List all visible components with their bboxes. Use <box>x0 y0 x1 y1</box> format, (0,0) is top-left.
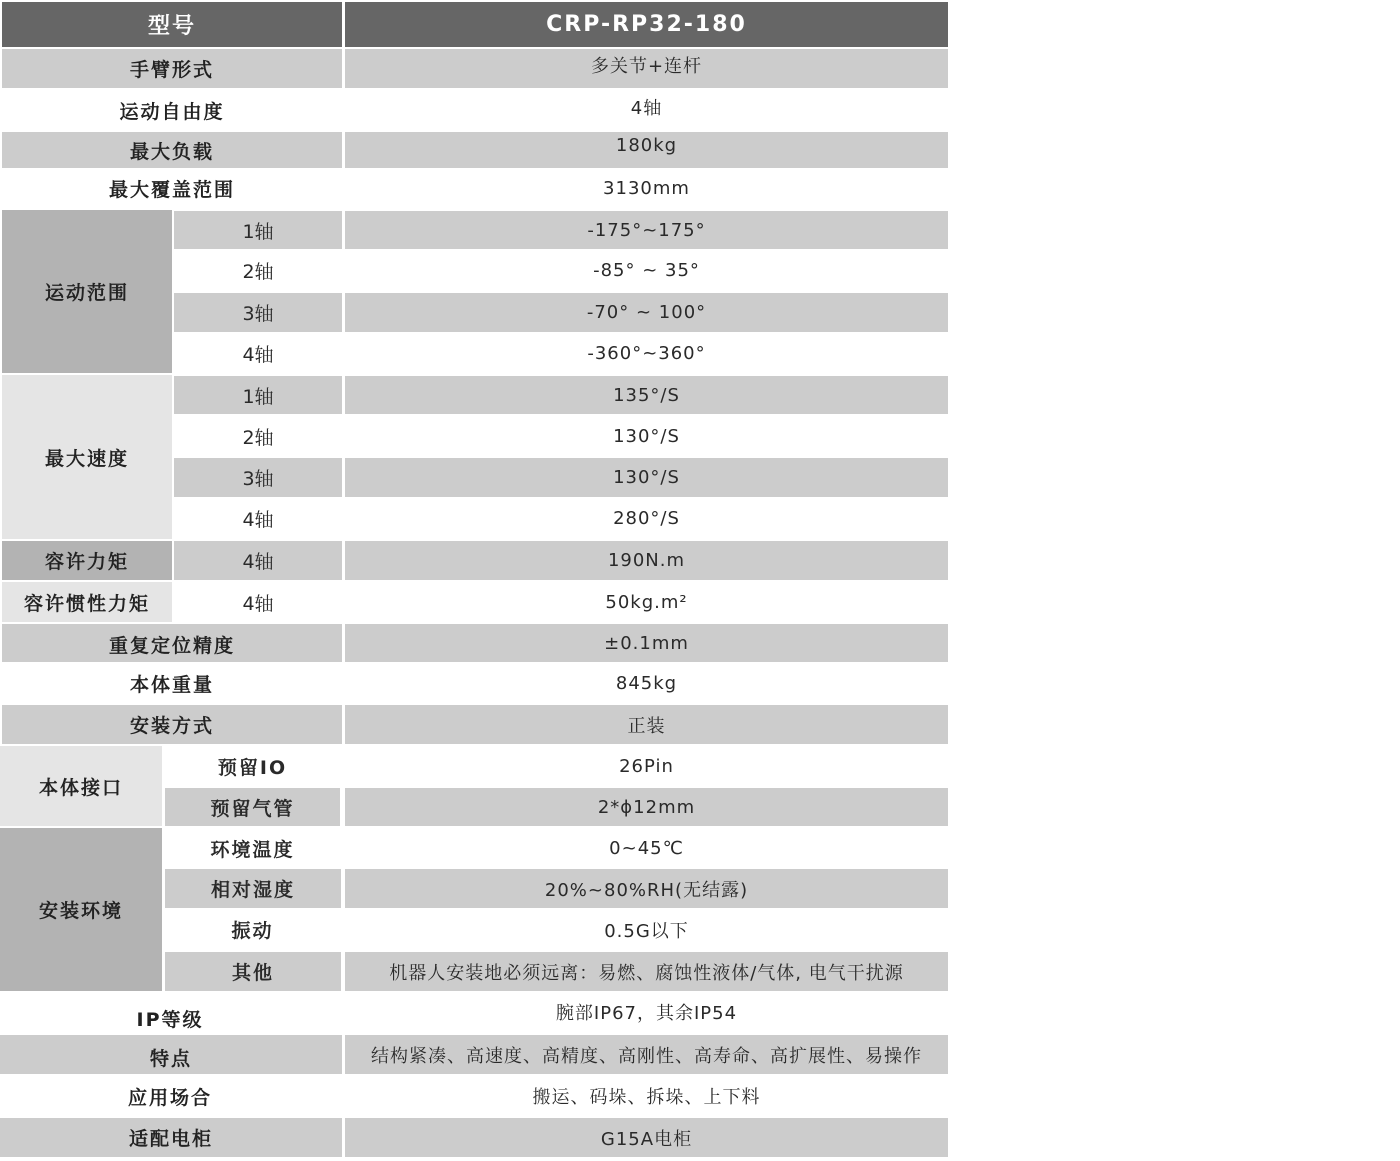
allow-inertia-axis: 4轴 <box>174 582 342 622</box>
environment-other-label: 其他 <box>165 952 341 991</box>
motion-range-axis-2: 2轴 <box>174 250 342 291</box>
mounting-value: 正装 <box>345 705 948 744</box>
environment-vibration-label: 振动 <box>165 909 340 950</box>
motion-range-label: 运动范围 <box>2 210 172 373</box>
arm-type-value: 多关节+连杆 <box>345 49 948 88</box>
max-speed-value-3: 130°/S <box>345 458 948 497</box>
applications-label: 应用场合 <box>0 1075 340 1116</box>
allow-inertia-label: 容许惯性力矩 <box>2 582 172 622</box>
allow-torque-value: 190N.m <box>345 541 948 580</box>
max-payload-value: 180kg <box>345 132 948 168</box>
motion-range-axis-4: 4轴 <box>174 333 342 373</box>
repeatability-value: ±0.1mm <box>345 624 948 662</box>
motion-range-value-1: -175°~175° <box>345 211 948 249</box>
max-speed-value-2: 130°/S <box>345 415 948 457</box>
environment-temp-label: 环境温度 <box>165 828 340 868</box>
max-speed-axis-1: 1轴 <box>174 376 342 414</box>
motion-range-value-3: -70° ~ 100° <box>345 293 948 332</box>
repeatability-label: 重复定位精度 <box>2 624 342 662</box>
allow-torque-axis: 4轴 <box>174 541 342 580</box>
environment-humidity-label: 相对湿度 <box>165 869 341 908</box>
header-model: CRP-RP32-180 <box>345 2 948 47</box>
body-interface-io-label: 预留IO <box>165 746 340 786</box>
motion-range-value-2: -85° ~ 35° <box>345 250 948 291</box>
body-interface-air-value: 2*ϕ12mm <box>345 788 948 826</box>
max-reach-value: 3130mm <box>345 169 948 208</box>
environment-humidity-value: 20%~80%RH(无结露) <box>345 869 948 908</box>
dof-value: 4轴 <box>345 90 948 131</box>
header-label: 型号 <box>2 2 342 47</box>
arm-type-label: 手臂形式 <box>2 49 342 88</box>
controller-value: G15A电柜 <box>345 1118 948 1157</box>
features-value: 结构紧凑、高速度、高精度、高刚性、高寿命、高扩展性、易操作 <box>345 1035 948 1074</box>
max-speed-label: 最大速度 <box>2 375 172 539</box>
applications-value: 搬运、码垛、拆垛、上下料 <box>345 1075 948 1116</box>
allow-torque-label: 容许力矩 <box>2 541 172 580</box>
controller-label: 适配电柜 <box>0 1118 342 1157</box>
environment-other-value: 机器人安装地必须远离：易燃、腐蚀性液体/气体, 电气干扰源 <box>345 952 948 991</box>
environment-temp-value: 0~45℃ <box>345 828 948 868</box>
weight-value: 845kg <box>345 663 948 704</box>
body-interface-label: 本体接口 <box>0 746 162 826</box>
allow-inertia-value: 50kg.m² <box>345 582 948 622</box>
max-speed-value-4: 280°/S <box>345 498 948 539</box>
body-interface-io-value: 26Pin <box>345 746 948 786</box>
motion-range-axis-3: 3轴 <box>174 293 342 332</box>
weight-label: 本体重量 <box>2 663 342 704</box>
max-speed-axis-4: 4轴 <box>174 498 342 539</box>
max-payload-label: 最大负载 <box>2 132 342 168</box>
environment-vibration-value: 0.5G以下 <box>345 909 948 950</box>
features-label: 特点 <box>0 1035 342 1074</box>
max-speed-value-1: 135°/S <box>345 376 948 414</box>
max-speed-axis-2: 2轴 <box>174 415 342 457</box>
max-speed-axis-3: 3轴 <box>174 458 342 497</box>
ip-rating-label: IP等级 <box>0 993 340 1034</box>
dof-label: 运动自由度 <box>2 90 342 131</box>
ip-rating-value: 腕部IP67，其余IP54 <box>345 993 948 1034</box>
motion-range-axis-1: 1轴 <box>174 211 342 249</box>
body-interface-air-label: 预留气管 <box>165 788 340 826</box>
mounting-label: 安装方式 <box>2 705 342 744</box>
environment-label: 安装环境 <box>0 828 162 991</box>
max-reach-label: 最大覆盖范围 <box>2 169 342 208</box>
motion-range-value-4: -360°~360° <box>345 333 948 373</box>
